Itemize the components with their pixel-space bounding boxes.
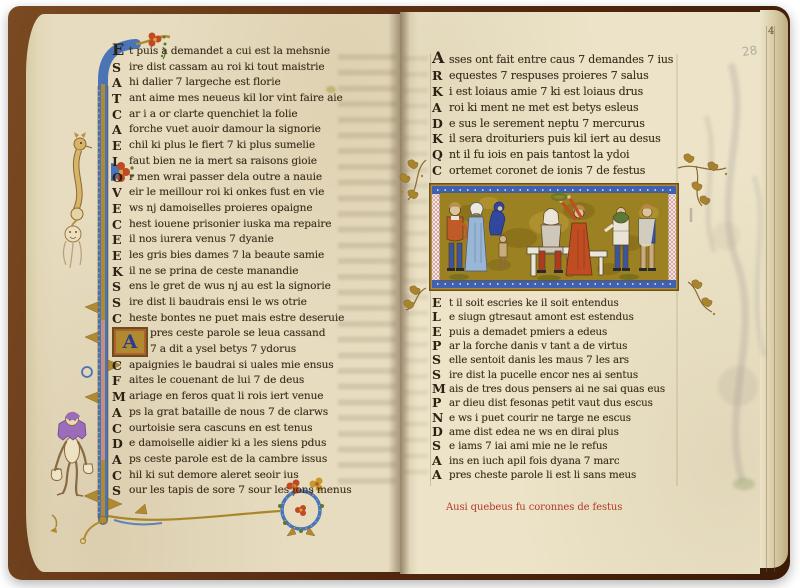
- text-line: D e damoiselle aidier ki a les siens pdu…: [112, 436, 398, 452]
- text-line: M ais de tres dous pensers ai ne sai qua…: [432, 382, 678, 396]
- line-initial: K: [432, 131, 449, 147]
- text-line: E ws nj damoiselles proieres opaigne: [112, 201, 398, 217]
- line-text: r men wrai passer dela outre a nauie: [129, 170, 322, 186]
- text-line: C ortemet coronet de ionis 7 de festus: [432, 163, 678, 179]
- line-initial: M: [432, 382, 449, 396]
- line-initial: R: [432, 68, 449, 84]
- text-line: L e siugn gtresaut amont est estendus: [432, 310, 678, 324]
- line-text: ws nj damoiselles proieres opaigne: [129, 201, 312, 217]
- line-text: il ne se prina de ceste manandie: [129, 264, 298, 280]
- line-initial: O: [112, 170, 129, 186]
- line-initial: C: [112, 358, 129, 374]
- line-initial: S: [112, 60, 129, 76]
- line-initial: F: [112, 373, 129, 389]
- line-initial: A: [112, 75, 129, 91]
- line-text: puis a demadet pmiers a edeus: [449, 325, 607, 339]
- line-text: ame dist edea ne ws en dirai plus: [449, 425, 619, 439]
- line-text: les gris bies dames 7 la beaute samie: [129, 248, 324, 264]
- pencil-foliation: 28: [741, 43, 758, 59]
- text-line: I faut bien ne ia mert sa raisons gioie: [112, 154, 398, 170]
- line-text: faut bien ne ia mert sa raisons gioie: [129, 154, 317, 170]
- right-page-text-block2: E t il soit escries ke il soit entendus …: [432, 296, 678, 482]
- text-line: R equestes 7 respuses proieres 7 salus: [432, 68, 678, 84]
- line-text: ant aime mes neueus kil lor vint faire a…: [129, 91, 343, 107]
- line-initial: D: [432, 425, 449, 439]
- line-initial: C: [112, 217, 129, 233]
- line-initial: S: [432, 353, 449, 367]
- text-line: E t puis a demandet a cui est la mehsnie: [112, 44, 398, 60]
- line-initial: P: [432, 396, 449, 410]
- line-initial: Q: [432, 147, 449, 163]
- line-text: ar dieu dist fesonas petit vaut dus escu…: [449, 396, 653, 410]
- text-line: C ar i a or clarte quenchiet la folie: [112, 107, 398, 123]
- line-initial: S: [432, 439, 449, 453]
- line-initial: C: [112, 311, 129, 327]
- line-initial: K: [432, 84, 449, 100]
- line-initial: I: [112, 154, 129, 170]
- folio-number: 4: [768, 26, 774, 37]
- line-initial: S: [432, 368, 449, 382]
- text-line: E il nos iurera venus 7 dyanie: [112, 232, 398, 248]
- right-page-text-block1: A sses ont fait entre caus 7 demandes 7 …: [432, 52, 678, 179]
- line-text: equestes 7 respuses proieres 7 salus: [449, 68, 649, 84]
- left-page-text-column: E t puis a demandet a cui est la mehsnie…: [112, 44, 398, 499]
- text-line: K il sera droituriers puis kil iert au d…: [432, 131, 678, 147]
- line-text: aites le couenant de lui 7 de deus: [129, 373, 304, 389]
- line-text: heste bontes ne puet mais estre deseruie: [129, 311, 344, 327]
- line-initial: E: [112, 138, 129, 154]
- text-line: S ire dist la pucelle encor nes ai sentu…: [432, 368, 678, 382]
- line-text: ourtoisie sera cascuns en est tenus: [129, 421, 312, 437]
- text-line: E puis a demadet pmiers a edeus: [432, 325, 678, 339]
- line-text: ps la grat bataille de nous 7 de clarws: [129, 405, 328, 421]
- line-text: eir le meillour roi ki onkes fust en vie: [129, 185, 324, 201]
- text-line: E les gris bies dames 7 la beaute samie: [112, 248, 398, 264]
- text-line: C ourtoisie sera cascuns en est tenus: [112, 421, 398, 437]
- hooded-man-figure: [51, 412, 93, 496]
- line-text: il sera droituriers puis kil iert au des…: [449, 131, 661, 147]
- line-initial: E: [432, 325, 449, 339]
- manuscript-photo: E t puis a demandet a cui est la mehsnie…: [0, 0, 800, 588]
- text-line: Q nt il fu iois en pais tantost la ydoi: [432, 147, 678, 163]
- text-line: S our les tapis de sore 7 sour les ions …: [112, 483, 398, 499]
- text-line: S ire dist cassam au roi ki tout maistri…: [112, 60, 398, 76]
- miniature-coronation-scene: [429, 183, 679, 291]
- green-smudge: [733, 478, 755, 490]
- line-text: pres ceste parole se leua cassand: [150, 326, 325, 342]
- text-line: N e ws i puet courir ne targe ne escus: [432, 411, 678, 425]
- text-line: P ar la forche danis v tant a de virtus: [432, 339, 678, 353]
- text-line: S e iams 7 iai ami mie ne le refus: [432, 439, 678, 453]
- text-line: D e sus le serement neptu 7 mercurus: [432, 116, 678, 132]
- line-text: chil ki plus le fiert 7 ki plus sumelie: [129, 138, 315, 154]
- line-initial: S: [112, 279, 129, 295]
- line-text: nt il fu iois en pais tantost la ydoi: [449, 147, 629, 163]
- line-text: e ws i puet courir ne targe ne escus: [449, 411, 631, 425]
- line-text: hi dalier 7 largeche est florie: [129, 75, 281, 91]
- line-initial: K: [112, 264, 129, 280]
- text-line: T ant aime mes neueus kil lor vint faire…: [112, 91, 398, 107]
- line-initial: C: [112, 468, 129, 484]
- line-initial: C: [112, 421, 129, 437]
- line-text: ens le gret de wus nj au est la signorie: [129, 279, 331, 295]
- text-line: S ens le gret de wus nj au est la signor…: [112, 279, 398, 295]
- line-text: e damoiselle aidier ki a les siens pdus: [129, 436, 326, 452]
- line-initial: A: [112, 452, 129, 468]
- line-text: ortemet coronet de ionis 7 de festus: [449, 163, 645, 179]
- line-initial: A: [432, 468, 449, 482]
- line-initial: E: [432, 296, 449, 310]
- text-line: A ps la grat bataille de nous 7 de clarw…: [112, 405, 398, 421]
- line-text: apaignies le baudrai si uales mie ensus: [129, 358, 334, 374]
- line-initial: P: [432, 339, 449, 353]
- line-initial: A: [112, 122, 129, 138]
- text-line: S elle sentoit danis les maus 7 les ars: [432, 353, 678, 367]
- ivy-sprig-icon: [404, 286, 426, 310]
- line-text: pres cheste parole li est li sans meus: [449, 468, 636, 482]
- dragon-drollery-icon: [71, 132, 92, 232]
- line-text: sses ont fait entre caus 7 demandes 7 iu…: [449, 52, 673, 68]
- line-initial: S: [112, 483, 129, 499]
- text-line: C hil ki sut demore aleret seoir ius: [112, 468, 398, 484]
- text-line: 7 a dit a ysel betys 7 ydorus: [112, 342, 398, 358]
- line-initial: A: [432, 454, 449, 468]
- text-line: E t il soit escries ke il soit entendus: [432, 296, 678, 310]
- line-initial: A: [432, 50, 449, 68]
- line-initial: D: [112, 436, 129, 452]
- text-line: A hi dalier 7 largeche est florie: [112, 75, 398, 91]
- text-line: A sses ont fait entre caus 7 demandes 7 …: [432, 52, 678, 68]
- line-initial: M: [112, 389, 129, 405]
- text-line: F aites le couenant de lui 7 de deus: [112, 373, 398, 389]
- text-line: K il ne se prina de ceste manandie: [112, 264, 398, 280]
- line-text: our les tapis de sore 7 sour les ions me…: [129, 483, 352, 499]
- line-text: ire dist li baudrais ensi le ws otrie: [129, 295, 307, 311]
- text-line: A ins en iuch apil fois dyana 7 marc: [432, 454, 678, 468]
- text-line: P ar dieu dist fesonas petit vaut dus es…: [432, 396, 678, 410]
- text-line: K i est loiaus amie 7 ki est loiaus drus: [432, 84, 678, 100]
- text-line: C heste bontes ne puet mais estre deseru…: [112, 311, 398, 327]
- line-initial: S: [112, 295, 129, 311]
- line-initial: L: [432, 310, 449, 324]
- line-initial: E: [112, 248, 129, 264]
- line-text: ire dist la pucelle encor nes ai sentus: [449, 368, 638, 382]
- line-text: ins en iuch apil fois dyana 7 marc: [449, 454, 619, 468]
- text-line: E chil ki plus le fiert 7 ki plus sumeli…: [112, 138, 398, 154]
- line-initial: C: [112, 107, 129, 123]
- text-line: C apaignies le baudrai si uales mie ensu…: [112, 358, 398, 374]
- line-initial: N: [432, 411, 449, 425]
- line-initial: E: [112, 232, 129, 248]
- line-text: e iams 7 iai ami mie ne le refus: [449, 439, 607, 453]
- line-initial: E: [112, 42, 129, 60]
- bottom-vine: [50, 504, 280, 544]
- line-initial: C: [432, 163, 449, 179]
- line-text: e sus le serement neptu 7 mercurus: [449, 116, 645, 132]
- line-text: ar la forche danis v tant a de virtus: [449, 339, 627, 353]
- lion-face-doodle-icon: [64, 226, 82, 268]
- line-text: hest iouene prisonier iuska ma repaire: [129, 217, 331, 233]
- line-text: hil ki sut demore aleret seoir ius: [129, 468, 299, 484]
- line-text: e siugn gtresaut amont est estendus: [449, 310, 634, 324]
- line-text: 7 a dit a ysel betys 7 ydorus: [150, 342, 296, 358]
- line-text: ar i a or clarte quenchiet la folie: [129, 107, 298, 123]
- text-line: A roi ki ment ne met est betys esleus: [432, 100, 678, 116]
- text-line: V eir le meillour roi ki onkes fust en v…: [112, 185, 398, 201]
- text-line: O r men wrai passer dela outre a nauie: [112, 170, 398, 186]
- line-text: elle sentoit danis les maus 7 les ars: [449, 353, 629, 367]
- text-line: A ps ceste parole est de la cambre issus: [112, 452, 398, 468]
- line-initial: D: [432, 116, 449, 132]
- text-line: pres ceste parole se leua cassand: [112, 326, 398, 342]
- line-text: il nos iurera venus 7 dyanie: [129, 232, 274, 248]
- line-initial: V: [112, 185, 129, 201]
- line-initial: A: [432, 100, 449, 116]
- line-text: t puis a demandet a cui est la mehsnie: [129, 44, 330, 60]
- line-text: ire dist cassam au roi ki tout maistrie: [129, 60, 324, 76]
- line-text: ais de tres dous pensers ai ne sai quas …: [449, 382, 665, 396]
- text-line: A pres cheste parole li est li sans meus: [432, 468, 678, 482]
- right-margin-showthrough: [676, 56, 780, 490]
- text-line: M ariage en feros quat li rois iert venu…: [112, 389, 398, 405]
- red-rubric: Ausi quebeus fu coronnes de festus: [446, 502, 622, 513]
- line-text: forche vuet auoir damour la signorie: [129, 122, 321, 138]
- line-initial: E: [112, 201, 129, 217]
- line-initial: A: [112, 405, 129, 421]
- line-text: ps ceste parole est de la cambre issus: [129, 452, 327, 468]
- text-line: D ame dist edea ne ws en dirai plus: [432, 425, 678, 439]
- ivy-sprig-icon: [400, 160, 426, 200]
- line-text: i est loiaus amie 7 ki est loiaus drus: [449, 84, 643, 100]
- line-text: t il soit escries ke il soit entendus: [449, 296, 619, 310]
- decorated-initial-A: A: [112, 327, 148, 357]
- line-initial: T: [112, 91, 129, 107]
- line-text: roi ki ment ne met est betys esleus: [449, 100, 639, 116]
- text-line: A forche vuet auoir damour la signorie: [112, 122, 398, 138]
- line-text: ariage en feros quat li rois iert venue: [129, 389, 323, 405]
- text-line: S ire dist li baudrais ensi le ws otrie: [112, 295, 398, 311]
- text-line: C hest iouene prisonier iuska ma repaire: [112, 217, 398, 233]
